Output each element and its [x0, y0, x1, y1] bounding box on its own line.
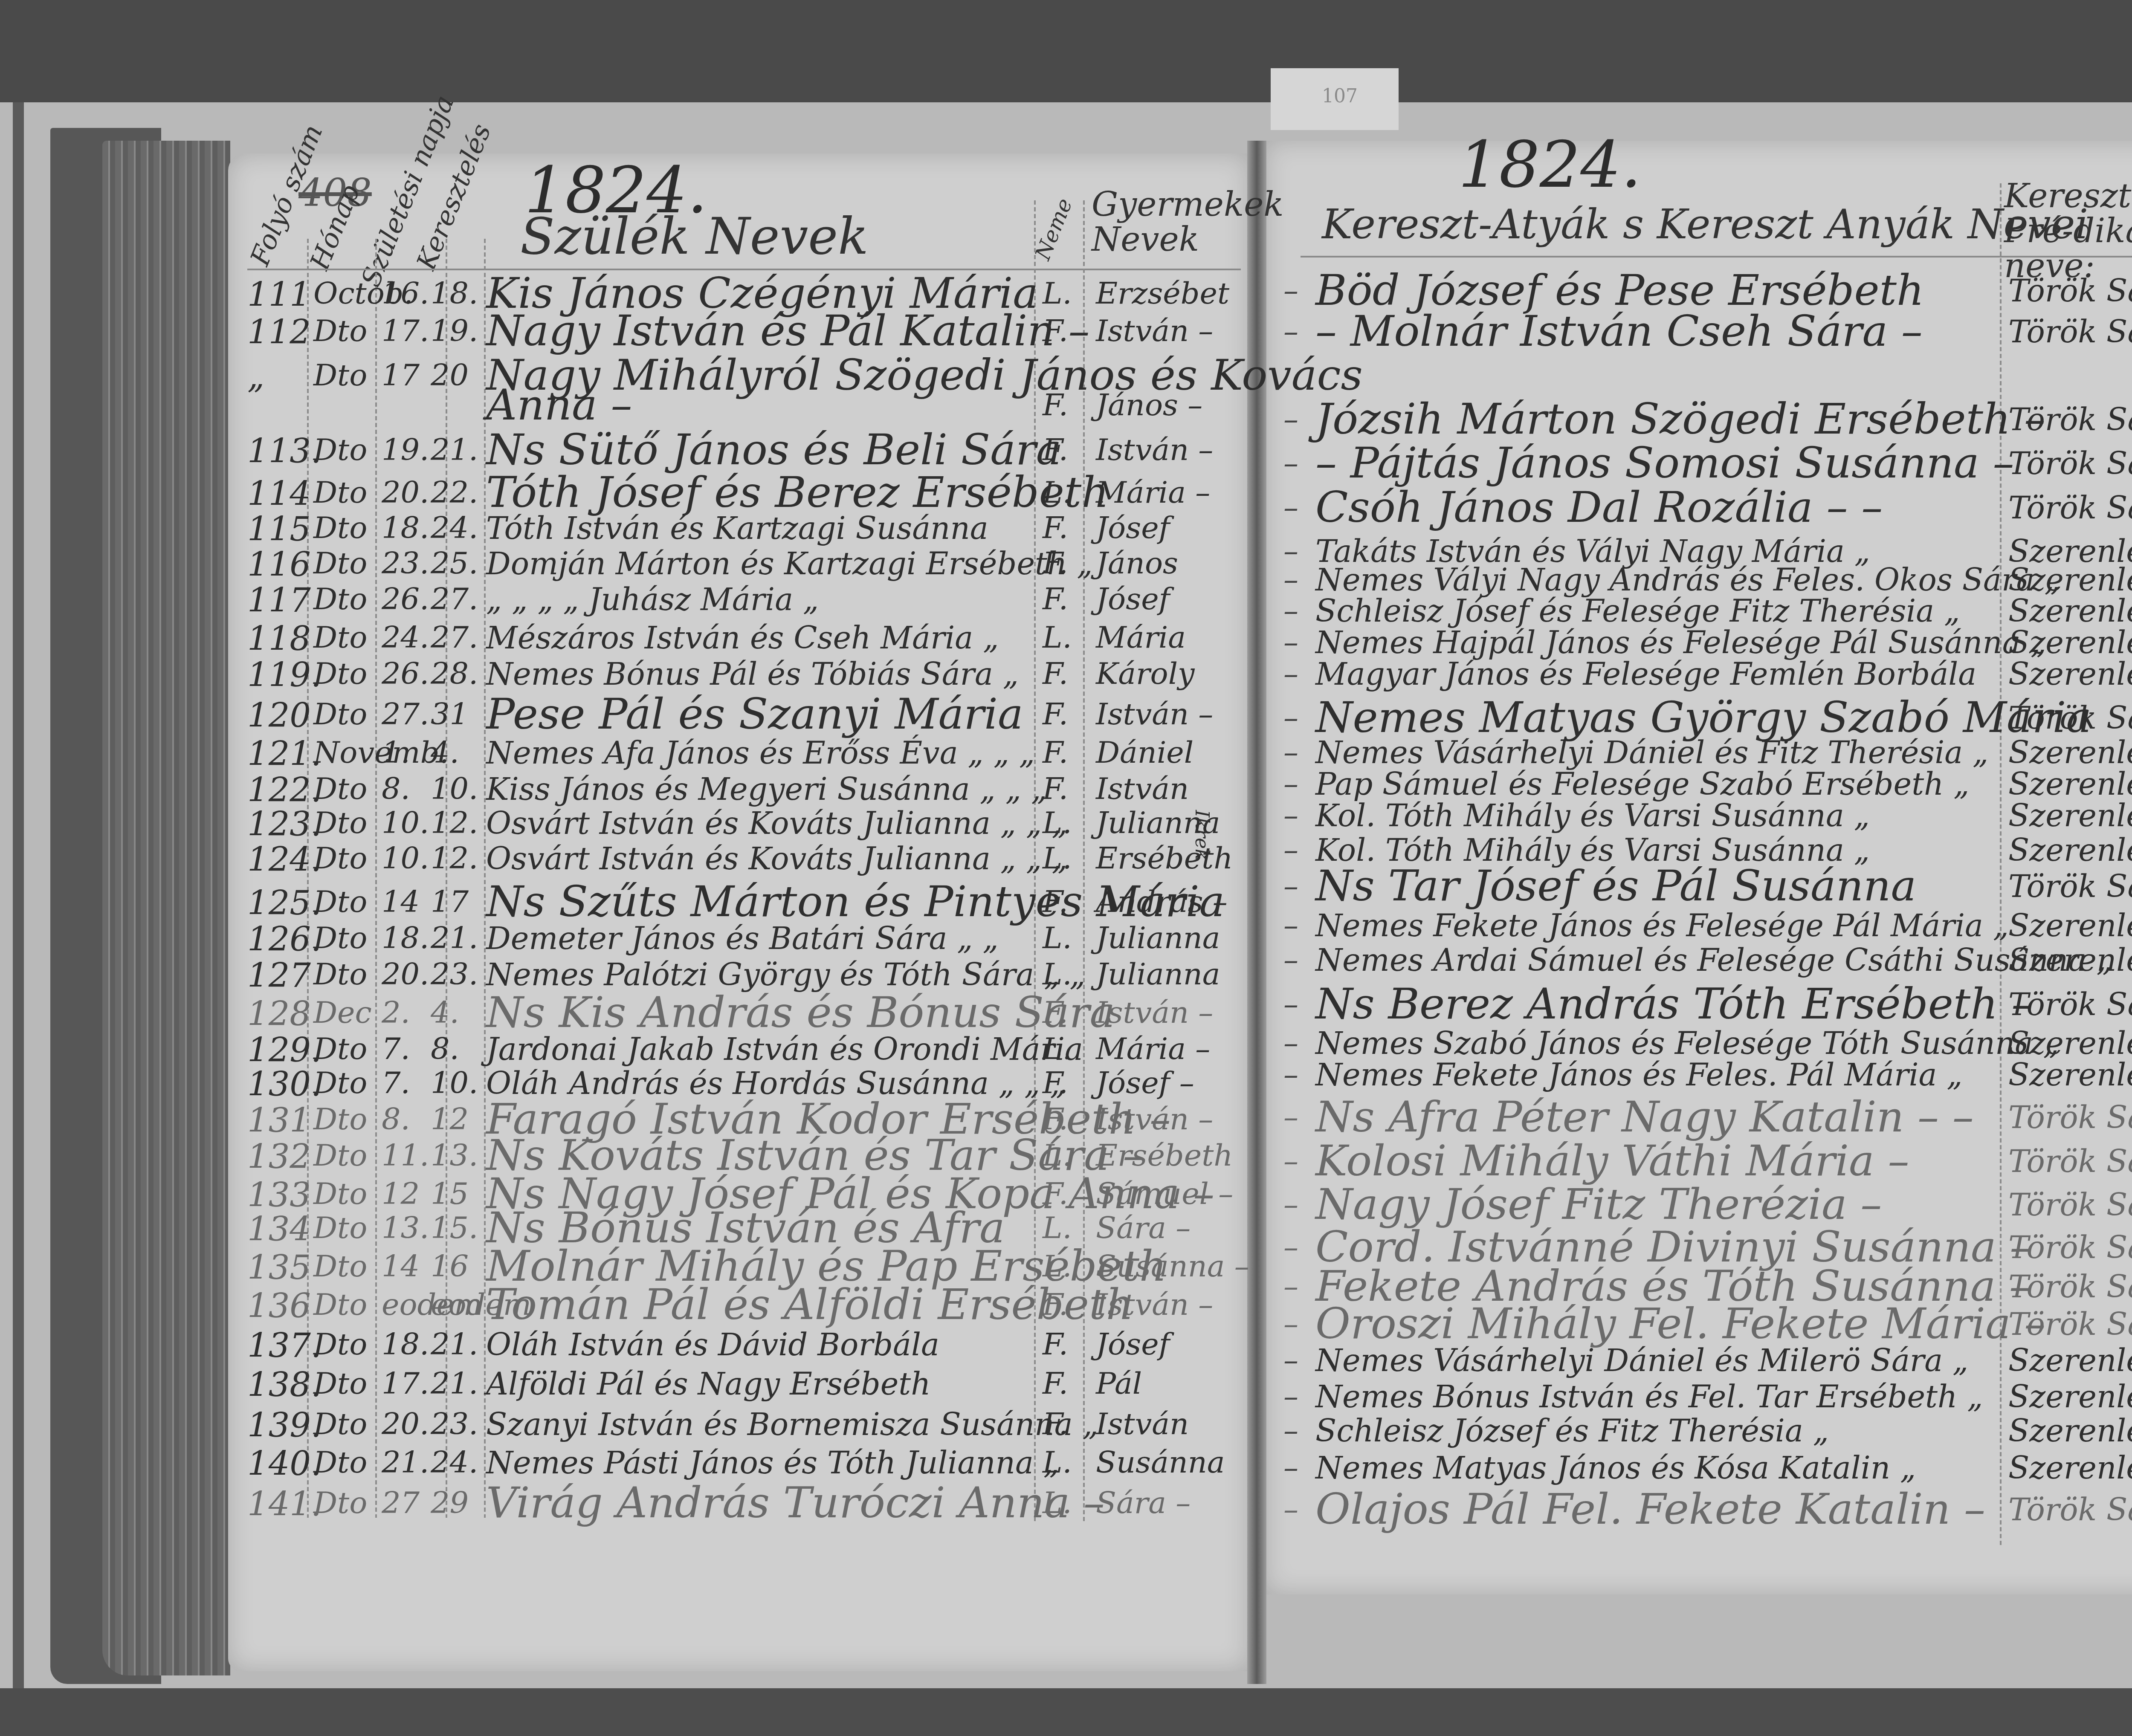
- birth-day-cell: 8.: [382, 774, 410, 804]
- godparents-names: Nagy Jósef Fitz Therézia –: [1315, 1183, 1882, 1226]
- sex-cell: L.: [1043, 843, 1072, 873]
- parents-names: Virág András Turóczi Anna –: [486, 1481, 1105, 1524]
- godparents-names: – Pájtás János Somosi Susánna –: [1315, 442, 2014, 484]
- birth-day-cell: 20.: [382, 959, 429, 989]
- parents-names: Domján Márton és Kartzagi Ersébeth „: [486, 548, 1093, 579]
- godparents-names: Kol. Tóth Mihály és Varsi Susánna „: [1315, 800, 1870, 831]
- birth-day-cell: 1.: [382, 738, 410, 767]
- sex-cell: F.: [1043, 1104, 1068, 1134]
- godparents-names: Pap Sámuel és Felesége Szabó Ersébeth „: [1315, 769, 1970, 799]
- godparents-names: Ns Afra Péter Nagy Katalin – –: [1315, 1096, 1974, 1138]
- sex-cell: F.: [1043, 1329, 1068, 1359]
- entry-number: 132: [247, 1140, 311, 1174]
- month-cell: Dto: [313, 1140, 367, 1170]
- parents-names: Szanyi István és Bornemisza Susánna „: [486, 1409, 1098, 1440]
- child-name: Julianna: [1096, 959, 1220, 989]
- child-name: János: [1096, 548, 1178, 578]
- row-dash: –: [1283, 1309, 1298, 1339]
- month-cell: Dto: [313, 1034, 367, 1064]
- parents-names: Ns Kis András és Bónus Sára: [486, 991, 1115, 1034]
- officiant-name: Szerenlei Mihály: [2008, 1415, 2132, 1446]
- godparents-names: Nemes Fekete János és Feles. Pál Mária „: [1315, 1059, 1963, 1090]
- row-dash: –: [1283, 1494, 1298, 1524]
- sex-cell: L.: [1043, 278, 1072, 308]
- row-dash: –: [1283, 596, 1298, 625]
- child-name: Pál: [1096, 1369, 1142, 1398]
- birth-day-cell: 14: [382, 887, 420, 917]
- baptism-day-cell: 12.: [431, 808, 478, 838]
- baptism-day-cell: 31: [431, 699, 469, 729]
- child-name: Erzsébet: [1096, 278, 1229, 308]
- godparents-names: Józsih Márton Szögedi Ersébeth –: [1315, 398, 2045, 440]
- month-cell: Dto: [313, 435, 367, 465]
- entry-number: 126.: [247, 923, 322, 956]
- baptism-day-cell: 24.: [431, 1447, 478, 1477]
- month-cell: Dto: [313, 659, 367, 689]
- entry-number: 122.: [247, 774, 322, 807]
- entry-number: 139.: [247, 1409, 322, 1442]
- officiant-name: Szerenlei Mihály: [2008, 627, 2132, 658]
- parents-names: Kiss János és Megyeri Susánna „ „ „: [486, 774, 1047, 804]
- parents-names: Tóth István és Kartzagi Susánna: [486, 513, 988, 544]
- birth-day-cell: 12: [382, 1179, 420, 1209]
- godparents-names: Nemes Bónus István és Fel. Tar Ersébeth …: [1315, 1381, 1983, 1412]
- sex-cell: F.: [1043, 548, 1068, 578]
- birth-day-cell: 8.: [382, 1104, 410, 1134]
- officiant-name: Török Sámuel: [2008, 1232, 2132, 1263]
- godparents-names: Nemes Vásárhelyi Dániel és Milerö Sára „: [1315, 1345, 1968, 1376]
- birth-day-cell: 17.: [382, 1369, 429, 1398]
- parents-names: „ „ „ „ Juhász Mária „: [486, 584, 819, 615]
- birth-day-cell: 27: [382, 1488, 420, 1518]
- entry-number: 131: [247, 1104, 311, 1137]
- month-cell: Dto: [313, 1251, 367, 1281]
- sex-cell: L.: [1043, 1140, 1072, 1170]
- month-cell: Dto: [313, 316, 367, 346]
- row-dash: –: [1283, 871, 1298, 901]
- godparents-names: Nemes Ardai Sámuel és Felesége Csáthi Su…: [1315, 945, 2112, 975]
- baptism-day-cell: 15.: [431, 1213, 478, 1243]
- sex-cell: F.: [1043, 1068, 1068, 1098]
- baptism-day-cell: 4.: [431, 738, 459, 767]
- month-cell: Dto: [313, 1409, 367, 1439]
- baptism-day-cell: 23.: [431, 959, 478, 989]
- child-name: István –: [1096, 435, 1213, 465]
- parents-names: Osvárt István és Kováts Julianna „ „ „: [486, 808, 1067, 839]
- month-cell: Dto: [313, 843, 367, 873]
- sex-cell: L.: [1043, 1447, 1072, 1477]
- officiant-name: Szerenlei Mihály: [2008, 835, 2132, 865]
- entry-number: 115: [247, 513, 311, 546]
- entry-number: 111: [247, 278, 311, 312]
- entry-number: 114: [247, 477, 311, 511]
- entry-number: 112: [247, 316, 311, 349]
- godparents-names: Nemes Vályi Nagy András és Feles. Okos S…: [1315, 564, 2060, 595]
- birth-day-cell: 11.: [382, 1140, 429, 1170]
- baptism-day-cell: 19.: [431, 316, 478, 346]
- sex-cell: F.: [1043, 998, 1068, 1027]
- column-rule: [446, 239, 447, 1518]
- baptism-day-cell: 28.: [431, 659, 478, 689]
- child-name: András –: [1096, 887, 1228, 917]
- month-cell: Dto: [313, 923, 367, 953]
- parents-names: Mészáros István és Cseh Mária „: [486, 622, 999, 653]
- godparents-names: Nemes Hajpál János és Felesége Pál Susán…: [1315, 627, 2046, 658]
- entry-number: 133: [247, 1179, 311, 1212]
- parents-names: Pese Pál és Szanyi Mária: [486, 693, 1023, 735]
- row-dash: –: [1283, 945, 1298, 975]
- header-child-name: Gyermekek Nevek: [1092, 188, 1237, 258]
- officiant-name: Török Sámuel: [2008, 316, 2132, 347]
- baptism-day-cell: 4.: [431, 998, 459, 1027]
- birth-day-cell: 24.: [382, 622, 429, 652]
- birth-day-cell: 13.: [382, 1213, 429, 1243]
- sex-cell: F.: [1043, 435, 1068, 465]
- sex-cell: F.: [1043, 1290, 1068, 1319]
- baptism-day-cell: 15: [431, 1179, 469, 1209]
- sex-cell: L.: [1043, 622, 1072, 652]
- officiant-name: Szerenlei Mihály: [2008, 910, 2132, 941]
- column-rule: [375, 239, 377, 1518]
- entry-number: 113.: [247, 435, 322, 468]
- officiant-name: Szerenlei Mihály: [2008, 1345, 2132, 1376]
- entry-number: 130.: [247, 1068, 322, 1101]
- parents-names: Nemes Afa János és Erőss Éva „ „ „: [486, 738, 1035, 768]
- baptism-day-cell: 10.: [431, 1068, 478, 1098]
- sex-cell: F.: [1043, 513, 1068, 543]
- godparents-names: Nemes Fekete János és Felesége Pál Mária…: [1315, 910, 2009, 941]
- sex-cell: F.: [1043, 699, 1068, 729]
- parents-names: Osvárt István és Kováts Julianna „ „ „: [486, 843, 1067, 874]
- godparents-names: Kolosi Mihály Váthi Mária –: [1315, 1140, 1909, 1182]
- birth-day-cell: 18.: [382, 513, 429, 543]
- entry-number: 138.: [247, 1369, 322, 1402]
- officiant-name: Török Sámuel: [2008, 1271, 2132, 1302]
- parents-names: Oláh István és Dávid Borbála: [486, 1329, 939, 1360]
- godparents-names: Nemes Szabó János és Felesége Tóth Susán…: [1315, 1028, 2059, 1059]
- birth-day-cell: 19.: [382, 435, 429, 465]
- month-cell: Dto: [313, 1068, 367, 1098]
- sex-cell: F.: [1043, 584, 1068, 614]
- parents-names: Nemes Pásti János és Tóth Julianna „: [486, 1447, 1059, 1478]
- godparents-names: Oroszi Mihály Fel. Fekete Mária –: [1315, 1302, 2045, 1345]
- godparents-names: Schleisz Jósef és Felesége Fitz Therésia…: [1315, 596, 1960, 626]
- birth-day-cell: 21.: [382, 1447, 429, 1477]
- child-name: Julianna: [1096, 923, 1220, 953]
- child-name: István –: [1096, 316, 1213, 346]
- entry-number: 136: [247, 1290, 311, 1323]
- entry-number: 120: [247, 699, 311, 732]
- child-name: János –: [1096, 390, 1202, 420]
- child-name: Mária –: [1096, 1034, 1210, 1064]
- row-dash: –: [1283, 1452, 1298, 1482]
- margin-note-twins: Ikrek: [1192, 810, 1211, 860]
- birth-day-cell: 23.: [382, 548, 429, 578]
- right-year: 1824.: [1458, 128, 1641, 202]
- baptism-day-cell: 21.: [431, 435, 478, 465]
- birth-day-cell: 10.: [382, 808, 429, 838]
- baptism-day-cell: 27.: [431, 622, 478, 652]
- godparents-names: Ns Berez András Tóth Ersébeth –: [1315, 983, 2033, 1025]
- child-name: Mária: [1096, 622, 1186, 652]
- row-dash: –: [1283, 703, 1298, 732]
- row-dash: –: [1283, 769, 1298, 799]
- month-cell: Dto: [313, 1213, 367, 1243]
- sex-cell: L.: [1043, 808, 1072, 838]
- officiant-name: Török Sámuel: [2008, 404, 2132, 435]
- baptism-day-cell: 22.: [431, 477, 478, 507]
- child-name: Ersébeth: [1096, 1140, 1233, 1170]
- baptism-day-cell: 8.: [431, 1034, 459, 1064]
- child-name: Jósef: [1096, 584, 1170, 614]
- entry-number: 123.: [247, 808, 322, 841]
- godparents-names: Böd József és Pese Ersébeth: [1315, 269, 1924, 312]
- month-cell: Dto: [313, 1488, 367, 1518]
- row-dash: –: [1283, 316, 1298, 346]
- baptism-day-cell: 23.: [431, 1409, 478, 1439]
- row-dash: –: [1283, 910, 1298, 940]
- month-cell: Dto: [313, 887, 367, 917]
- entry-number: 134: [247, 1213, 311, 1246]
- entry-number: „: [247, 360, 264, 393]
- parents-names: Ns Sütő János és Beli Sára: [486, 428, 1061, 471]
- column-rule: [484, 239, 486, 1518]
- archive-tab: 107: [1271, 68, 1399, 130]
- sex-cell: F.: [1043, 1409, 1068, 1439]
- officiant-name: Szerenlei Mihály: [2008, 769, 2132, 799]
- child-name: István: [1096, 774, 1189, 804]
- entry-number: 125.: [247, 887, 322, 920]
- month-cell: Dto: [313, 584, 367, 614]
- row-dash: –: [1283, 1381, 1298, 1411]
- entry-number: 140.: [247, 1447, 322, 1481]
- birth-day-cell: 27.: [382, 699, 429, 729]
- row-dash: –: [1283, 448, 1298, 478]
- parents-names: Jardonai Jakab István és Orondi Mária: [486, 1034, 1083, 1065]
- birth-day-cell: 18.: [382, 1329, 429, 1359]
- row-dash: –: [1283, 835, 1298, 865]
- child-name: Jósef: [1096, 1329, 1170, 1359]
- entry-number: 118: [247, 622, 311, 656]
- child-name: István –: [1096, 699, 1213, 729]
- child-name: Dániel: [1096, 738, 1193, 767]
- row-dash: –: [1283, 1232, 1298, 1262]
- godparents-names: Nemes Vásárhelyi Dániel és Fitz Therésia…: [1315, 737, 1988, 768]
- month-cell: Dto: [313, 477, 367, 507]
- baptism-day-cell: 21.: [431, 923, 478, 953]
- child-name: István: [1096, 1409, 1189, 1439]
- photo-frame-top: [0, 0, 2132, 102]
- birth-day-cell: 20.: [382, 1409, 429, 1439]
- month-cell: Dec: [313, 998, 372, 1027]
- officiant-name: Szerenlei Mihály: [2008, 800, 2132, 831]
- row-dash: –: [1283, 1146, 1298, 1176]
- row-dash: –: [1283, 1345, 1298, 1375]
- godparents-names: – Molnár István Cseh Sára –: [1315, 310, 1923, 353]
- officiant-name: Török Sámuel: [2008, 1494, 2132, 1525]
- birth-day-cell: 26.: [382, 659, 429, 689]
- birth-day-cell: 17.: [382, 316, 429, 346]
- entry-number: 124.: [247, 843, 322, 877]
- row-dash: –: [1283, 275, 1298, 305]
- godparents-names: Nemes Matyas György Szabó Mária: [1315, 696, 2091, 739]
- birth-day-cell: 26.: [382, 584, 429, 614]
- birth-day-cell: 16.: [382, 278, 429, 308]
- sex-cell: L.: [1043, 1251, 1072, 1281]
- month-cell: Dto: [313, 1447, 367, 1477]
- sex-cell: L.: [1043, 1034, 1072, 1064]
- photo-frame-bottom: [0, 1688, 2132, 1736]
- godparents-names: Schleisz József és Fitz Therésia „: [1315, 1415, 1829, 1446]
- archive-tab-label: 107: [1322, 85, 1358, 107]
- row-dash: –: [1283, 492, 1298, 522]
- officiant-name: Szerenlei Mihály: [2008, 737, 2132, 768]
- parents-names: Nemes Palótzi György és Tóth Sára „ „: [486, 959, 1086, 990]
- row-dash: –: [1283, 564, 1298, 594]
- baptism-day-cell: 29: [431, 1488, 469, 1518]
- month-cell: Dto: [313, 1290, 367, 1319]
- child-name: Károly: [1096, 659, 1195, 689]
- month-cell: Dto: [313, 1329, 367, 1359]
- birth-day-cell: 7.: [382, 1068, 410, 1098]
- birth-day-cell: 18.: [382, 923, 429, 953]
- parents-names: Demeter János és Batári Sára „ „: [486, 923, 999, 954]
- entry-number: 135: [247, 1251, 311, 1285]
- officiant-name: Török Sámuel: [2008, 275, 2132, 306]
- officiant-name: Szerenlei Mihály: [2008, 945, 2132, 975]
- entry-number: 129.: [247, 1034, 322, 1067]
- entry-number: 121.: [247, 738, 322, 771]
- month-cell: Dto: [313, 622, 367, 652]
- sex-cell: L.: [1043, 959, 1072, 989]
- sex-cell: F.: [1043, 659, 1068, 689]
- entry-number: 127: [247, 959, 311, 992]
- month-cell: Dto: [313, 360, 367, 390]
- row-dash: –: [1283, 800, 1298, 830]
- officiant-name: Török Sámuel: [2008, 492, 2132, 523]
- month-cell: Dto: [313, 1179, 367, 1209]
- month-cell: Dto: [313, 699, 367, 729]
- child-name: István –: [1096, 1290, 1213, 1319]
- parents-names: Nemes Bónus Pál és Tóbiás Sára „: [486, 659, 1019, 689]
- entry-number: 141.: [247, 1488, 322, 1521]
- month-cell: Dto: [313, 548, 367, 578]
- sex-cell: F.: [1043, 390, 1068, 420]
- row-dash: –: [1283, 1102, 1298, 1132]
- header-officiant: Keresztelő Pré-dikátor neve:: [2004, 179, 2132, 284]
- child-name: István –: [1096, 1104, 1213, 1134]
- child-name: Mária –: [1096, 477, 1210, 507]
- sex-cell: F.: [1043, 1179, 1068, 1209]
- godparents-names: Magyar János és Felesége Femlén Borbála: [1315, 659, 1976, 689]
- child-name: Susánna: [1096, 1447, 1225, 1477]
- month-cell: Dto: [313, 1369, 367, 1398]
- row-dash: –: [1283, 737, 1298, 767]
- entry-number: 117: [247, 584, 311, 617]
- child-name: Sára –: [1096, 1213, 1191, 1243]
- parents-names: Alföldi Pál és Nagy Ersébeth: [486, 1369, 931, 1399]
- baptism-day-cell: 18.: [431, 278, 478, 308]
- header-godparents: Kereszt-Atyák s Kereszt Anyák Nevei: [1322, 200, 2088, 248]
- child-name: Jósef –: [1096, 1068, 1194, 1098]
- sex-cell: L.: [1043, 1213, 1072, 1243]
- officiant-name: Szerenlei Mihály: [2008, 1452, 2132, 1483]
- officiant-name: Szerenlei Mihály: [2008, 596, 2132, 626]
- month-cell: Dto: [313, 774, 367, 804]
- sex-cell: F.: [1043, 1369, 1068, 1398]
- baptism-day-cell: 10.: [431, 774, 478, 804]
- officiant-name: Török Sámuel: [2008, 989, 2132, 1020]
- month-cell: Dto: [313, 808, 367, 838]
- officiant-name: Török Sámuel: [2008, 1189, 2132, 1220]
- frame-left-stripe: [13, 102, 24, 1688]
- baptism-day-cell: 17: [431, 887, 469, 917]
- baptism-day-cell: 12: [431, 1104, 469, 1134]
- baptism-day-cell: 13.: [431, 1140, 478, 1170]
- sex-cell: F.: [1043, 887, 1068, 917]
- officiant-name: Török Sámuel: [2008, 703, 2132, 733]
- birth-day-cell: 2.: [382, 998, 410, 1027]
- birth-day-cell: 20.: [382, 477, 429, 507]
- entry-number: 128: [247, 998, 311, 1031]
- birth-day-cell: 7.: [382, 1034, 410, 1064]
- officiant-name: Török Sámuel: [2008, 448, 2132, 479]
- officiant-name: Szerenlei Mihály: [2008, 1059, 2132, 1090]
- page-stack-left: [102, 141, 230, 1675]
- row-dash: –: [1283, 1059, 1298, 1089]
- month-cell: Dto: [313, 1104, 367, 1134]
- baptism-day-cell: 20: [431, 360, 469, 390]
- godparents-names: Csóh János Dal Rozália – –: [1315, 486, 1883, 529]
- sex-cell: F.: [1043, 738, 1068, 767]
- sex-cell: L.: [1043, 923, 1072, 953]
- officiant-name: Török Sámuel: [2008, 871, 2132, 902]
- officiant-name: Szerenlei Mihály: [2008, 659, 2132, 689]
- sex-cell: L.: [1043, 1488, 1072, 1518]
- row-dash: –: [1283, 1028, 1298, 1058]
- officiant-name: Török Sámuel: [2008, 1146, 2132, 1177]
- month-cell: Dto: [313, 513, 367, 543]
- baptism-day-cell: 24.: [431, 513, 478, 543]
- parents-names: Tóth Jósef és Berez Ersébeth: [486, 471, 1109, 514]
- baptism-day-cell: 27.: [431, 584, 478, 614]
- godparents-names: Nemes Matyas János és Kósa Katalin „: [1315, 1452, 1916, 1483]
- child-name: Susánna –: [1096, 1251, 1249, 1281]
- parents-names: Anna –: [486, 384, 632, 426]
- baptism-day-cell: 25.: [431, 548, 478, 578]
- godparents-names: Olajos Pál Fel. Fekete Katalin –: [1315, 1488, 1985, 1531]
- header-parents: Szülék Nevek: [520, 207, 869, 266]
- baptism-day-cell: 21.: [431, 1369, 478, 1398]
- entry-number: 137.: [247, 1329, 322, 1363]
- header-rule-right: [1301, 256, 2132, 258]
- row-dash: –: [1283, 627, 1298, 657]
- baptism-day-cell: 12.: [431, 843, 478, 873]
- officiant-name: Szerenlei Mihály: [2008, 1028, 2132, 1059]
- parents-names: Tomán Pál és Alföldi Ersébeth: [486, 1283, 1134, 1326]
- row-dash: –: [1283, 659, 1298, 689]
- child-name: Sára –: [1096, 1488, 1191, 1518]
- month-cell: Dto: [313, 959, 367, 989]
- officiant-name: Török Sámuel: [2008, 1309, 2132, 1340]
- sex-cell: L.: [1043, 477, 1072, 507]
- sex-cell: F.: [1043, 774, 1068, 804]
- birth-day-cell: 14: [382, 1251, 420, 1281]
- officiant-name: Szerenlei Mihály: [2008, 564, 2132, 595]
- entry-number: 116: [247, 548, 311, 582]
- sex-cell: F.: [1043, 316, 1068, 346]
- baptism-day-cell: 16: [431, 1251, 469, 1281]
